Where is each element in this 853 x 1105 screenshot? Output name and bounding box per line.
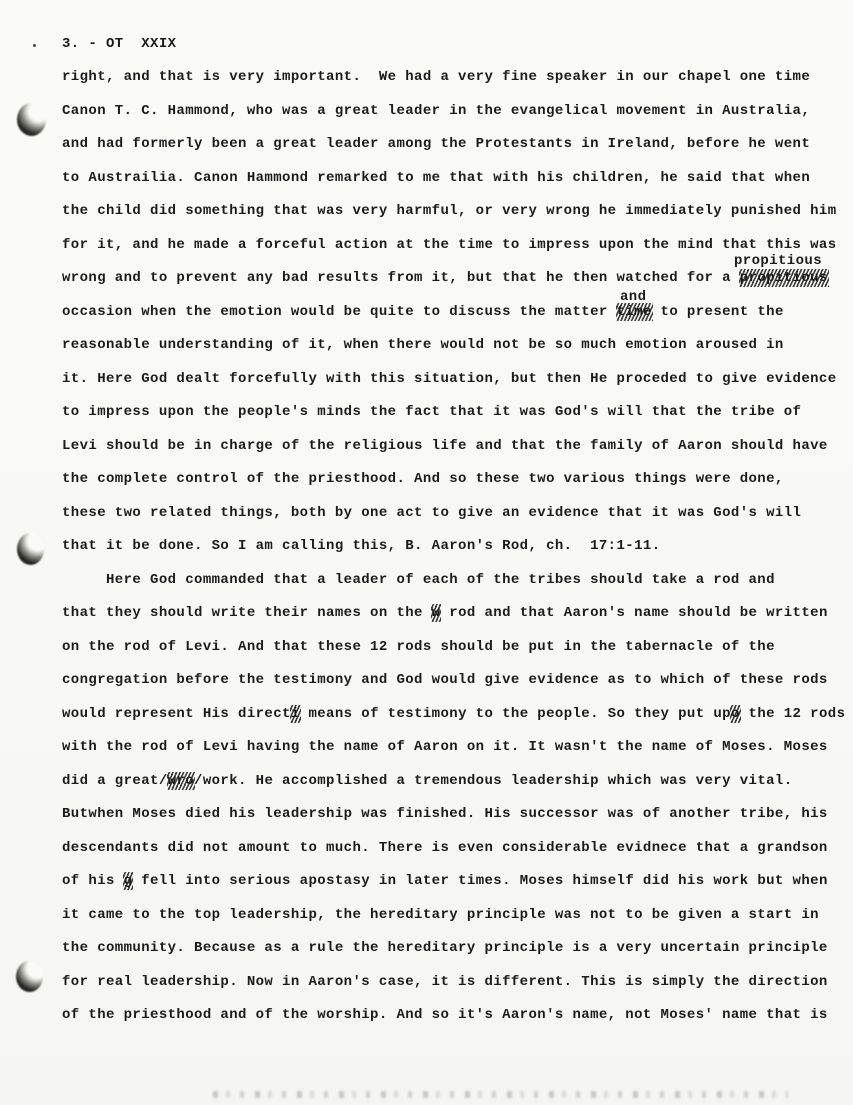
page-bottom-smudge (213, 1091, 788, 1098)
text-segment: to Austrailia. Canon Hammond remarked to… (62, 170, 810, 186)
struck-out-text: w (432, 606, 441, 621)
typed-correction-propitious: propitious (734, 254, 822, 269)
struck-out-text: g (124, 874, 133, 889)
text-line: it. Here God dealt forcefully with this … (62, 372, 837, 387)
text-segment: of his (62, 873, 124, 889)
text-segment: occasion when the emotion would be quite… (62, 304, 617, 320)
text-segment: /work. He accomplished a tremendous lead… (194, 773, 793, 789)
struck-out-text: time (617, 305, 652, 320)
text-line: did a great/wro/work. He accomplished a … (62, 774, 793, 789)
typewritten-text: right, and that is very important. We ha… (0, 0, 853, 1105)
text-segment: right, and that is very important. We ha… (62, 69, 810, 85)
text-segment: that it be done. So I am calling this, B… (62, 538, 661, 554)
text-segment: the community. Because as a rule the her… (62, 940, 828, 956)
text-segment: to present the (652, 304, 784, 320)
text-segment: wrong and to prevent any bad results fro… (62, 270, 740, 286)
text-segment: would represent His direct (62, 706, 291, 722)
text-segment: the child did something that was very ha… (62, 203, 837, 219)
text-line: that it be done. So I am calling this, B… (62, 539, 661, 554)
text-segment: that they should write their names on th… (62, 605, 432, 621)
text-line: and had formerly been a great leader amo… (62, 137, 810, 152)
struck-out-text: wro (168, 774, 194, 789)
text-segment: Butwhen Moses died his leadership was fi… (62, 806, 828, 822)
text-segment: for it, and he made a forceful action at… (62, 237, 837, 253)
text-line: for real leadership. Now in Aaron's case… (62, 975, 828, 990)
text-line: Here God commanded that a leader of each… (62, 573, 775, 588)
text-line: the community. Because as a rule the her… (62, 941, 828, 956)
text-segment: it. Here God dealt forcefully with this … (62, 371, 837, 387)
text-segment: fell into serious apostasy in later time… (132, 873, 827, 889)
struck-out-text: i (291, 707, 300, 722)
struck-out-text: o (731, 707, 740, 722)
text-segment: and had formerly been a great leader amo… (62, 136, 810, 152)
text-line: descendants did not amount to much. Ther… (62, 841, 828, 856)
text-segment: with the rod of Levi having the name of … (62, 739, 828, 755)
text-segment: means of testimony to the people. So the… (300, 706, 731, 722)
text-segment: reasonable understanding of it, when the… (62, 337, 784, 353)
text-segment: the 12 rods (740, 706, 846, 722)
text-line: the child did something that was very ha… (62, 204, 837, 219)
document-page: 3. - OT XXIX right, and that is very imp… (0, 0, 853, 1105)
text-line: that they should write their names on th… (62, 606, 828, 621)
text-line: of the priesthood and of the worship. An… (62, 1008, 828, 1023)
text-segment: for real leadership. Now in Aaron's case… (62, 974, 828, 990)
text-segment: on the rod of Levi. And that these 12 ro… (62, 639, 775, 655)
text-line: Canon T. C. Hammond, who was a great lea… (62, 104, 810, 119)
text-segment: the complete control of the priesthood. … (62, 471, 784, 487)
typed-correction-and: and (620, 290, 646, 305)
text-line: to Austrailia. Canon Hammond remarked to… (62, 171, 810, 186)
text-line: on the rod of Levi. And that these 12 ro… (62, 640, 775, 655)
text-line: right, and that is very important. We ha… (62, 70, 810, 85)
text-line: congregation before the testimony and Go… (62, 673, 828, 688)
struck-out-text: propitious (740, 271, 828, 286)
text-segment: did a great/ (62, 773, 168, 789)
text-segment: Levi should be in charge of the religiou… (62, 438, 828, 454)
text-line: wrong and to prevent any bad results fro… (62, 271, 828, 286)
text-segment: to impress upon the people's minds the f… (62, 404, 801, 420)
text-line: occasion when the emotion would be quite… (62, 305, 784, 320)
text-segment: congregation before the testimony and Go… (62, 672, 828, 688)
text-segment: Here God commanded that a leader of each… (62, 572, 775, 588)
text-segment: it came to the top leadership, the hered… (62, 907, 819, 923)
text-segment: rod and that Aaron's name should be writ… (440, 605, 827, 621)
text-line: the complete control of the priesthood. … (62, 472, 784, 487)
text-segment: of the priesthood and of the worship. An… (62, 1007, 828, 1023)
text-line: reasonable understanding of it, when the… (62, 338, 784, 353)
text-line: would represent His directi means of tes… (62, 707, 845, 722)
text-line: for it, and he made a forceful action at… (62, 238, 837, 253)
text-line: of his g fell into serious apostasy in l… (62, 874, 828, 889)
text-line: with the rod of Levi having the name of … (62, 740, 828, 755)
text-line: Butwhen Moses died his leadership was fi… (62, 807, 828, 822)
text-segment: these two related things, both by one ac… (62, 505, 801, 521)
text-line: these two related things, both by one ac… (62, 506, 801, 521)
text-line: to impress upon the people's minds the f… (62, 405, 801, 420)
text-segment: descendants did not amount to much. Ther… (62, 840, 828, 856)
text-line: it came to the top leadership, the hered… (62, 908, 819, 923)
text-segment: Canon T. C. Hammond, who was a great lea… (62, 103, 810, 119)
text-line: Levi should be in charge of the religiou… (62, 439, 828, 454)
